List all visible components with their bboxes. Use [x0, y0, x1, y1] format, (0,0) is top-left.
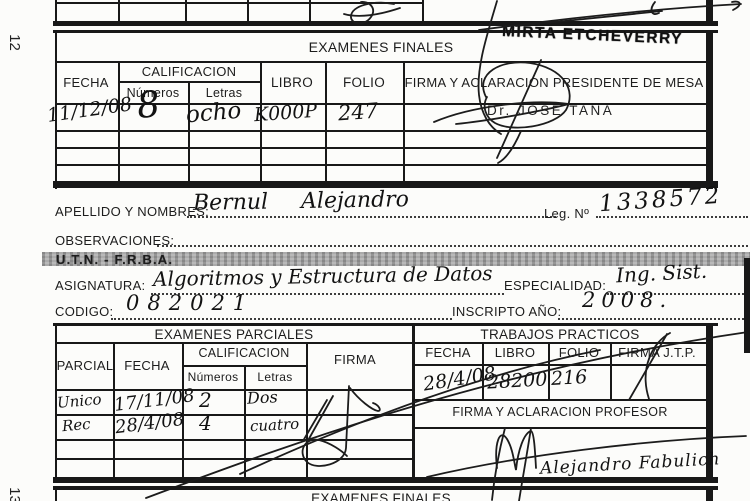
grid-line: [706, 30, 713, 189]
signature-stroke: [652, 2, 659, 14]
scan-edge-artifact: [744, 258, 750, 353]
parcial-row1-letras: Dos: [247, 389, 278, 407]
grid-line: [610, 342, 612, 399]
apellido-label: APELLIDO Y NOMBRES:: [55, 204, 209, 219]
grid-line: [306, 342, 308, 477]
finals-folio-value: 247: [337, 101, 378, 125]
signature-stroke: [350, 388, 380, 411]
grid-line: [57, 439, 412, 441]
grid-line: [415, 364, 706, 366]
especialidad-value: Ing. Sist.: [616, 261, 708, 286]
inscripto-label: INSCRIPTO AÑO:: [452, 304, 561, 319]
practicos-folio-value: 216: [551, 368, 588, 389]
finals-header-firma-presidente: FIRMA Y ACLARACION PRESIDENTE DE MESA: [405, 75, 704, 90]
grid-line: [53, 486, 718, 490]
grid-line: [57, 342, 412, 344]
mirta-etcheverry-stamp: MIRTA ETCHEVERRY: [502, 23, 684, 49]
practicos-libro-value: 28200: [487, 370, 548, 392]
signature-stroke: [519, 428, 531, 501]
practicos-title: TRABAJOS PRACTICOS: [480, 327, 639, 342]
presidente-stamp: Dr. JOSE TANA: [487, 103, 614, 118]
grid-line: [412, 326, 415, 477]
grid-line: [244, 365, 246, 477]
profesor-nombre-value: Alejandro Fabulich: [540, 451, 721, 477]
finals-header-calificacion: CALIFICACION: [142, 64, 237, 79]
finals-numeros-value: 8: [135, 87, 162, 125]
signature-stroke: [496, 431, 536, 470]
page-number-top: 12: [6, 34, 23, 51]
grid-line: [57, 61, 706, 63]
finals-letras-value: ocho: [185, 100, 242, 128]
dotted-line: [558, 318, 748, 320]
finals-header-folio: FOLIO: [343, 75, 385, 90]
inscripto-value: 2008.: [582, 290, 672, 311]
parciales-header-letras: Letras: [257, 370, 292, 384]
grid-line: [57, 389, 412, 391]
grid-line: [415, 427, 706, 429]
codigo-value: 082021: [126, 293, 254, 314]
grid-line: [325, 61, 327, 181]
grid-line: [57, 2, 422, 4]
finals-libro-value: K000P: [253, 102, 317, 125]
parcial-row2-parcial: Rec: [61, 417, 91, 434]
grid-line: [118, 61, 120, 181]
grid-line: [57, 164, 706, 166]
parciales-title: EXAMENES PARCIALES: [155, 327, 314, 342]
grid-line: [57, 414, 412, 416]
practicos-header-folio: FOLIO: [559, 345, 600, 360]
parcial-row2-letras: cuatro: [250, 417, 300, 435]
firma-profesor-band: FIRMA Y ACLARACION PROFESOR: [452, 405, 667, 419]
parciales-header-firma: FIRMA: [334, 352, 376, 367]
dotted-line: [157, 245, 748, 247]
parciales-header-parcial: PARCIAL: [57, 358, 114, 373]
finals-title: EXAMENES FINALES: [309, 39, 454, 55]
grid-line: [706, 0, 713, 22]
signature-stroke: [303, 386, 349, 466]
parciales-header-numeros: Números: [188, 370, 239, 384]
legajo-label: Leg. Nº: [544, 206, 589, 221]
dotted-line: [111, 318, 452, 320]
signature-stroke: [306, 396, 333, 444]
grid-line: [53, 477, 718, 483]
codigo-label: CODIGO:: [55, 304, 113, 319]
grid-line: [57, 130, 706, 132]
asignatura-value: Algoritmos y Estructura de Datos: [153, 263, 493, 289]
utn-frba-title: U.T.N. - F.R.B.A.: [56, 252, 173, 267]
finals-header-fecha: FECHA: [63, 75, 109, 90]
finals-header-libro: LIBRO: [271, 75, 313, 90]
dotted-line: [187, 216, 556, 218]
bottom-finales-title: EXAMENES FINALES: [311, 491, 451, 501]
grid-line: [57, 147, 706, 149]
legajo-value: 1338572: [598, 185, 723, 217]
grid-line: [422, 0, 424, 21]
dotted-line: [596, 216, 748, 218]
parcial-row1-parcial: Unico: [56, 392, 102, 411]
signature-stroke: [732, 2, 740, 10]
grid-line: [55, 486, 57, 501]
parcial-row2-numeros: 4: [199, 413, 212, 433]
parciales-header-calificacion: CALIFICACION: [198, 346, 289, 360]
grid-line: [57, 458, 412, 460]
parcial-row1-numeros: 2: [199, 390, 212, 410]
parciales-header-fecha: FECHA: [124, 358, 170, 373]
page-number-bottom: 13: [6, 487, 23, 501]
grid-line: [415, 342, 706, 344]
finals-fecha-value: 11/12/08: [46, 95, 133, 126]
practicos-header-firma-jtp: FIRMA J.T.P.: [618, 345, 696, 360]
apellido-value: Bernul Alejandro: [193, 189, 409, 215]
grid-line: [53, 21, 718, 26]
grid-line: [415, 399, 706, 401]
practicos-header-libro: LIBRO: [495, 345, 536, 360]
grid-line: [53, 323, 718, 326]
signature-stroke: [344, 8, 400, 16]
practicos-header-fecha: FECHA: [425, 345, 471, 360]
grid-line: [706, 486, 713, 501]
libreta-universitaria-scan: 12 13 EXAMENES FINALES FECHA CALIFICACIO…: [0, 0, 750, 501]
